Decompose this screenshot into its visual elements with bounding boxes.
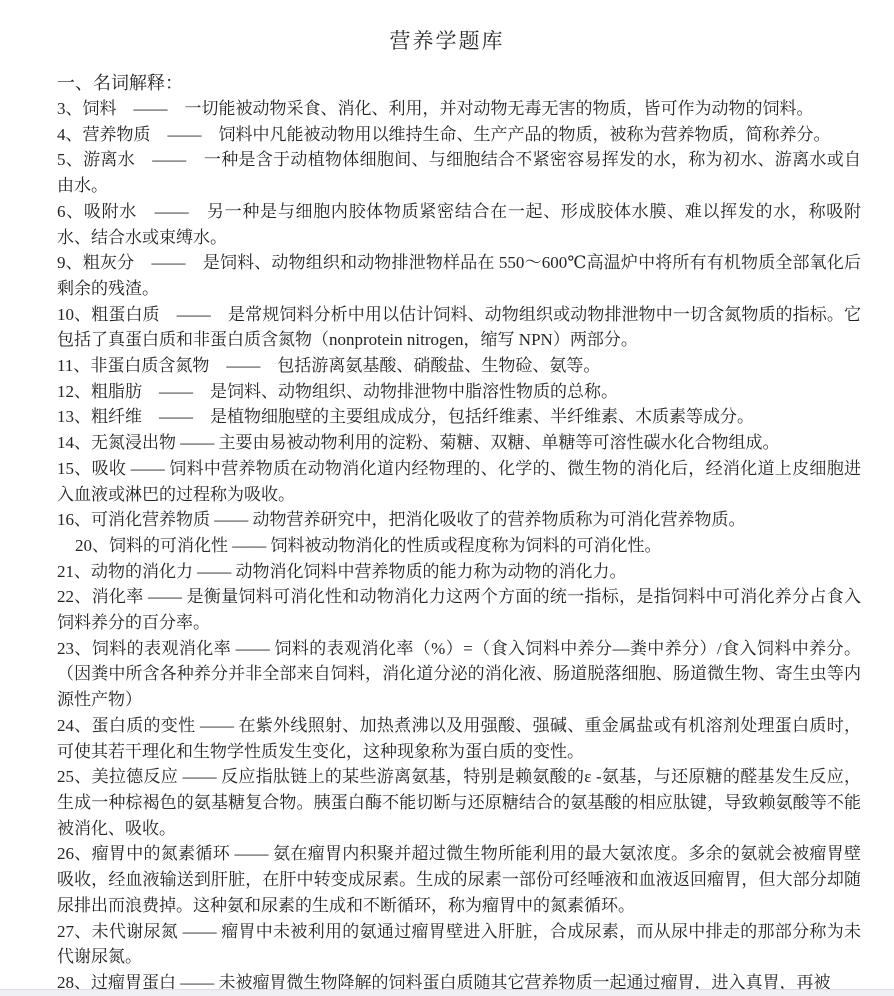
definition-item-11: 11、非蛋白质含氮物 —— 包括游离氨基酸、硝酸盐、生物硷、氨等。 bbox=[57, 353, 861, 379]
definition-item-25: 25、美拉德反应 —— 反应指肽链上的某些游离氨基，特别是赖氨酸的ε -氨基，与… bbox=[57, 764, 861, 841]
definition-item-20: 20、饲料的可消化性 —— 饲料被动物消化的性质或程度称为饲料的可消化性。 bbox=[57, 533, 861, 559]
definition-item-27: 27、未代谢尿氮 —— 瘤胃中未被利用的氨通过瘤胃壁进入肝脏，合成尿素，而从尿中… bbox=[57, 919, 861, 970]
definition-item-24: 24、蛋白质的变性 —— 在紫外线照射、加热煮沸以及用强酸、强碱、重金属盐或有机… bbox=[57, 713, 861, 764]
definition-item-15: 15、吸收 —— 饲料中营养物质在动物消化道内经物理的、化学的、微生物的消化后，… bbox=[57, 456, 861, 507]
definition-item-3: 3、饲料 —— 一切能被动物采食、消化、利用，并对动物无毒无害的物质，皆可作为动… bbox=[57, 96, 861, 122]
definition-item-9: 9、粗灰分 —— 是饲料、动物组织和动物排泄物样品在 550～600℃高温炉中将… bbox=[57, 250, 861, 301]
definition-item-10: 10、粗蛋白质 —— 是常规饲料分析中用以估计饲料、动物组织或动物排泄物中一切含… bbox=[57, 302, 861, 353]
definition-item-5: 5、游离水 —— 一种是含于动植物体细胞间、与细胞结合不紧密容易挥发的水，称为初… bbox=[57, 147, 861, 198]
page-bottom-edge bbox=[0, 989, 894, 996]
definition-item-12: 12、粗脂肪 —— 是饲料、动物组织、动物排泄物中脂溶性物质的总称。 bbox=[57, 379, 861, 405]
document-content: 一、名词解释： 3、饲料 —— 一切能被动物采食、消化、利用，并对动物无毒无害的… bbox=[57, 70, 861, 996]
section-heading: 一、名词解释： bbox=[57, 70, 861, 96]
document-page: 营养学题库 一、名词解释： 3、饲料 —— 一切能被动物采食、消化、利用，并对动… bbox=[0, 0, 894, 996]
definition-item-26: 26、瘤胃中的氮素循环 —— 氨在瘤胃内积聚并超过微生物所能利用的最大氨浓度。多… bbox=[57, 841, 861, 918]
definition-item-21: 21、动物的消化力 —— 动物消化饲料中营养物质的能力称为动物的消化力。 bbox=[57, 559, 861, 585]
page-title: 营养学题库 bbox=[0, 28, 894, 54]
definition-item-13: 13、粗纤维 —— 是植物细胞壁的主要组成成分，包括纤维素、半纤维素、木质素等成… bbox=[57, 404, 861, 430]
definition-item-16: 16、可消化营养物质 —— 动物营养研究中，把消化吸收了的营养物质称为可消化营养… bbox=[57, 507, 861, 533]
definition-item-14: 14、无氮浸出物 —— 主要由易被动物利用的淀粉、菊糖、双糖、单糖等可溶性碳水化… bbox=[57, 430, 861, 456]
definition-item-22: 22、消化率 —— 是衡量饲料可消化性和动物消化力这两个方面的统一指标，是指饲料… bbox=[57, 584, 861, 635]
definition-item-6: 6、吸附水 —— 另一种是与细胞内胶体物质紧密结合在一起、形成胶体水膜、难以挥发… bbox=[57, 199, 861, 250]
definition-item-23: 23、饲料的表观消化率 —— 饲料的表观消化率（%）=（食入饲料中养分—粪中养分… bbox=[57, 636, 861, 713]
definition-item-4: 4、营养物质 —— 饲料中凡能被动物用以维持生命、生产产品的物质，被称为营养物质… bbox=[57, 122, 861, 148]
